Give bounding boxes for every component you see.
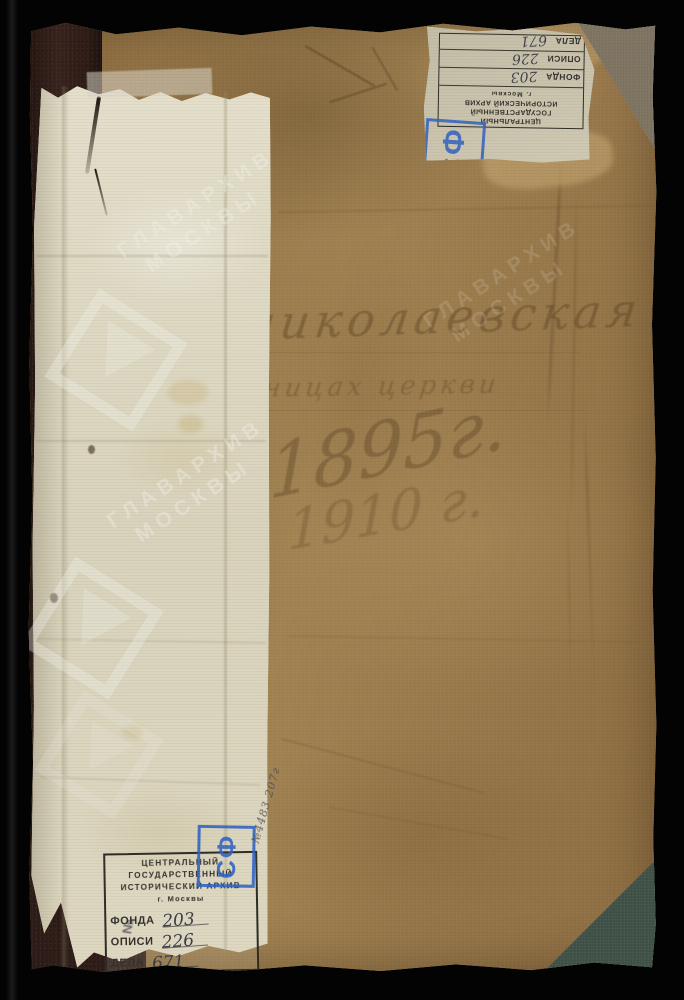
stamp-title-line: г. Москвы bbox=[106, 892, 256, 907]
field-label: ОПИСИ bbox=[111, 936, 154, 949]
field-value-handwritten: 226 bbox=[161, 935, 208, 949]
dark-speck bbox=[88, 445, 95, 454]
sf-stamp: СФ bbox=[422, 118, 486, 188]
field-row-dela: ДЕЛА 671 bbox=[107, 949, 257, 970]
archive-label-top: ЦЕНТРАЛЬНЫЙ ГОСУДАРСТВЕННЫЙ ИСТОРИЧЕСКИЙ… bbox=[423, 27, 595, 164]
field-value-handwritten: 671 bbox=[152, 956, 199, 970]
fold-mark bbox=[281, 738, 484, 794]
field-row-dela: ДЕЛА 671 bbox=[440, 34, 584, 53]
tape-fragment bbox=[87, 68, 213, 98]
water-stain bbox=[566, 490, 571, 690]
crease-line bbox=[278, 205, 658, 214]
sf-stamp: СФ bbox=[197, 825, 256, 888]
fold-mark bbox=[329, 806, 507, 839]
field-label: ДЕЛА bbox=[111, 957, 144, 970]
book-cover: николаевская сницах церкви 1895г. 1910 г… bbox=[28, 20, 657, 972]
fabric-corner-bottom-right bbox=[541, 856, 657, 972]
water-stain bbox=[583, 410, 596, 700]
ruled-line bbox=[250, 352, 580, 353]
stain-spot bbox=[178, 415, 203, 433]
number-mark: № bbox=[119, 918, 136, 935]
strip-fold bbox=[62, 86, 69, 976]
crease-line bbox=[288, 635, 638, 643]
field-value-handwritten: 203 bbox=[162, 913, 209, 927]
field-row-opisi: ОПИСИ 226 bbox=[439, 52, 583, 71]
stain-spot bbox=[168, 380, 208, 405]
photo-stage: николаевская сницах церкви 1895г. 1910 г… bbox=[0, 0, 684, 1000]
field-value-handwritten: 671 bbox=[520, 35, 547, 46]
field-row-fonda: ФОНДА 203 bbox=[439, 70, 583, 89]
crack-mark bbox=[329, 83, 387, 103]
archive-stamp-box: ЦЕНТРАЛЬНЫЙ ГОСУДАРСТВЕННЫЙ ИСТОРИЧЕСКИЙ… bbox=[437, 33, 585, 130]
field-label: ФОНДА bbox=[546, 72, 581, 83]
crack-mark bbox=[305, 45, 375, 86]
background-fold bbox=[6, 0, 18, 1000]
field-label: ОПИСИ bbox=[547, 54, 581, 65]
field-value-handwritten: 203 bbox=[511, 71, 538, 82]
field-value-handwritten: 226 bbox=[512, 53, 539, 64]
field-label: ДЕЛА bbox=[555, 36, 581, 46]
archive-stamp-bottom: ЦЕНТРАЛЬНЫЙ ГОСУДАРСТВЕННЫЙ ИСТОРИЧЕСКИЙ… bbox=[89, 824, 292, 977]
